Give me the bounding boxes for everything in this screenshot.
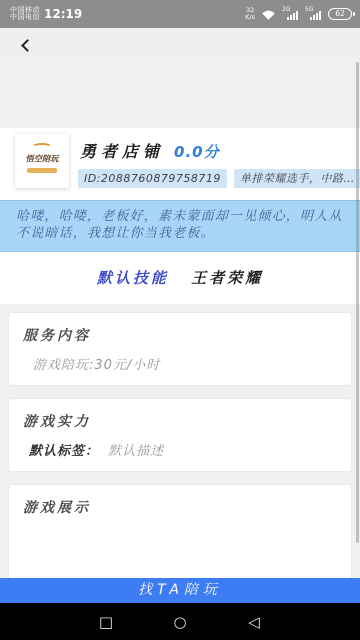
android-nav-bar: □ ○ ◁ <box>0 603 360 640</box>
avatar-logo-squiggle-icon <box>32 143 52 151</box>
content-scroll-area[interactable]: 悟空陪玩 勇者店铺 0.0分 ID:2088760879758719 单排荣耀选… <box>0 62 360 578</box>
battery-icon: 62 <box>328 8 352 20</box>
profile-row: 悟空陪玩 勇者店铺 0.0分 ID:2088760879758719 单排荣耀选… <box>15 134 360 192</box>
skill-label: 默认技能 <box>97 269 169 287</box>
carrier-labels: 中国移动 中国电信 <box>10 7 40 22</box>
strength-tag-value: 默认描述 <box>108 444 164 459</box>
back-chevron-icon <box>21 39 34 52</box>
signal-5g-icon: 5G <box>305 7 322 21</box>
shop-tag-badge: 单排荣耀选手，中路… <box>234 169 360 188</box>
shop-name-row: 勇者店铺 0.0分 <box>80 134 360 162</box>
top-spacer <box>0 62 360 128</box>
strength-tag-label: 默认标签： <box>29 444 99 459</box>
strength-line: 默认标签： 默认描述 <box>23 440 337 459</box>
status-time: 12:19 <box>44 7 82 21</box>
status-right: 32 K/s 2G 5G 62 <box>245 7 352 21</box>
shop-chips-row: ID:2088760879758719 单排荣耀选手，中路… <box>78 169 360 188</box>
service-content-card: 服务内容 游戏陪玩:30元/小时 <box>8 312 352 386</box>
skill-value: 王者荣耀 <box>191 269 263 287</box>
android-home-button[interactable]: ○ <box>172 613 188 631</box>
carrier-line2: 中国电信 <box>10 14 40 22</box>
net-speed-unit: K/s <box>245 14 255 21</box>
service-item: 游戏陪玩:30元/小时 <box>23 354 337 373</box>
skill-row: 默认技能 王者荣耀 <box>0 252 360 304</box>
signal-bars-icon <box>287 11 298 20</box>
status-bar: 中国移动 中国电信 12:19 32 K/s 2G 5G <box>0 0 360 28</box>
strength-card-title: 游戏实力 <box>23 411 337 431</box>
net-speed-indicator: 32 K/s <box>245 7 255 21</box>
scrollbar-thumb[interactable] <box>356 62 359 543</box>
shop-score: 0.0分 <box>174 141 220 162</box>
shop-id-badge: ID:2088760879758719 <box>78 169 227 188</box>
battery-percent: 62 <box>335 9 345 18</box>
find-ta-play-button[interactable]: 找TA陪玩 <box>0 578 360 603</box>
game-strength-card: 游戏实力 默认标签： 默认描述 <box>8 398 352 472</box>
back-button[interactable] <box>12 32 38 58</box>
android-back-button[interactable]: ◁ <box>246 613 262 631</box>
status-left: 中国移动 中国电信 12:19 <box>10 7 82 22</box>
showcase-card-title: 游戏展示 <box>23 497 337 517</box>
shop-name: 勇者店铺 <box>80 139 164 162</box>
greeting-banner: 哈喽，哈喽，老板好，素未蒙面却一见倾心，明人从不说暗话，我想让你当我老板。 <box>0 200 360 252</box>
signal-2g-icon: 2G <box>282 7 299 21</box>
nav-bar <box>0 28 360 62</box>
signal-bars-icon <box>310 11 321 20</box>
shop-avatar[interactable]: 悟空陪玩 <box>15 134 69 188</box>
shop-header-section: 悟空陪玩 勇者店铺 0.0分 ID:2088760879758719 单排荣耀选… <box>0 128 360 304</box>
screen: 中国移动 中国电信 12:19 32 K/s 2G 5G <box>0 0 360 640</box>
game-showcase-card: 游戏展示 <box>8 484 352 578</box>
avatar-logo-text: 悟空陪玩 <box>17 153 67 165</box>
avatar-logo-banner <box>27 168 57 173</box>
service-card-title: 服务内容 <box>23 325 337 345</box>
wifi-icon <box>261 7 276 21</box>
android-recents-button[interactable]: □ <box>98 613 114 631</box>
